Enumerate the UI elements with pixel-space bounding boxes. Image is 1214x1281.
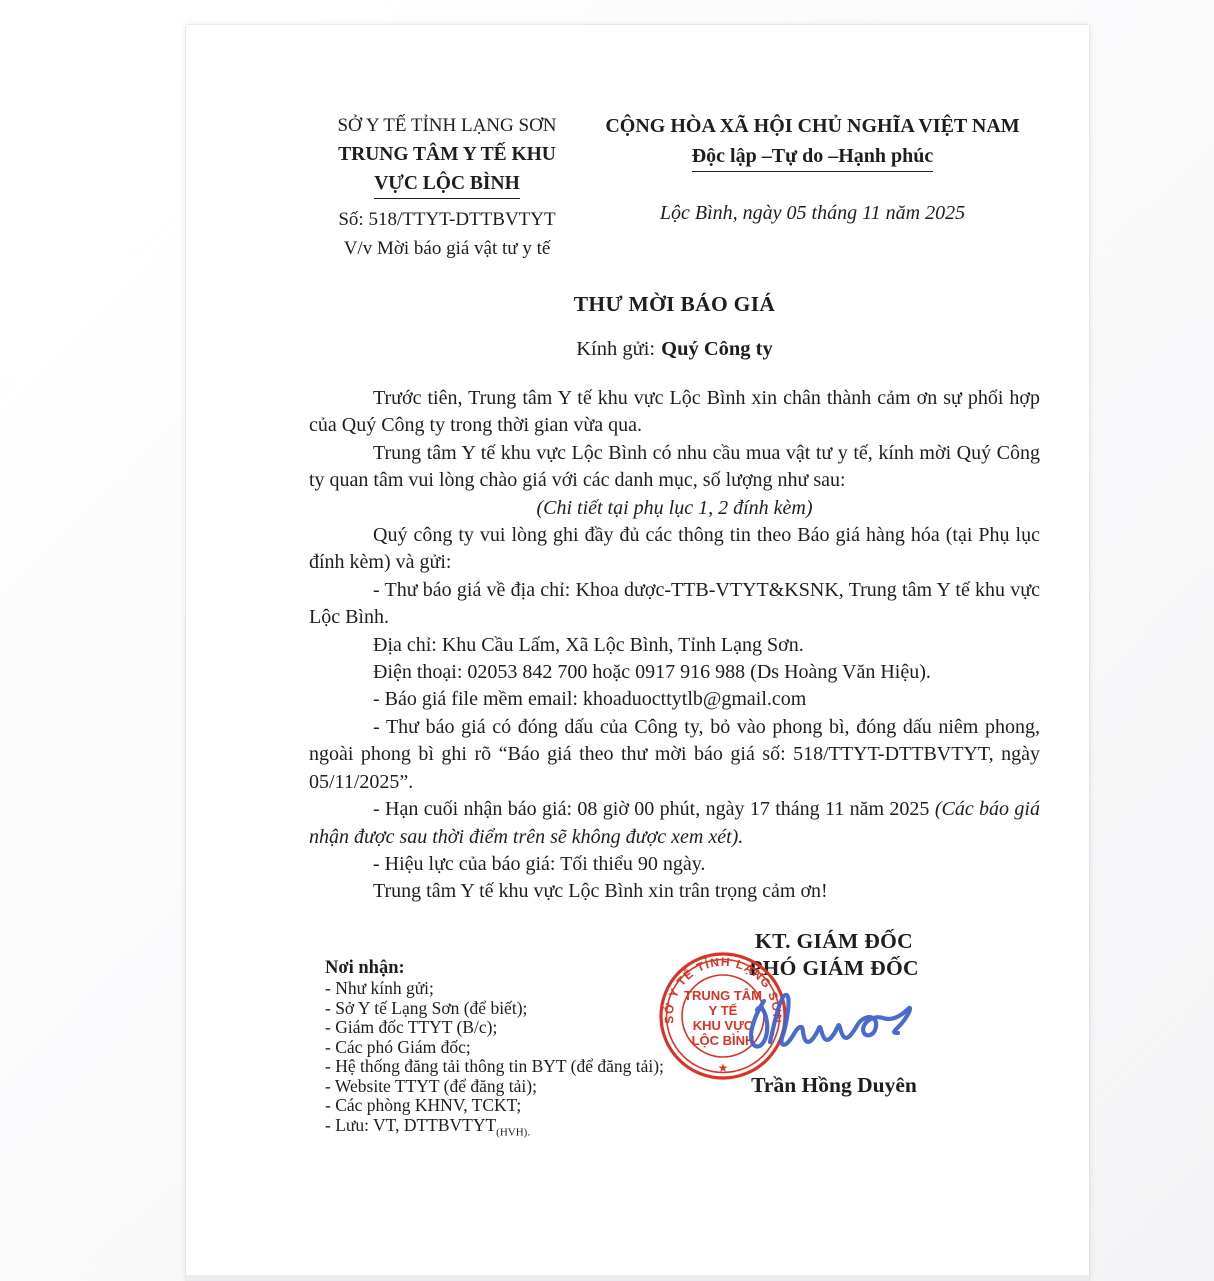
- document-title: THƯ MỜI BÁO GIÁ: [309, 289, 1040, 319]
- recipient-item: - Giám đốc TTYT (B/c);: [325, 1018, 685, 1038]
- issuer-org-line1: TRUNG TÂM Y TẾ KHU: [309, 140, 585, 169]
- handwritten-signature: [734, 985, 914, 1073]
- paragraph-email: - Báo giá file mềm email: khoaduocttytlb…: [309, 686, 1040, 713]
- document-header: SỞ Y TẾ TỈNH LẠNG SƠN TRUNG TÂM Y TẾ KHU…: [309, 111, 1040, 263]
- document-page: SỞ Y TẾ TỈNH LẠNG SƠN TRUNG TÂM Y TẾ KHU…: [186, 25, 1089, 1281]
- recipient-item: - Các phó Giám đốc;: [325, 1038, 685, 1058]
- salutation-label: Kính gửi:: [576, 338, 655, 360]
- scanned-document-viewer: { "document": { "header": { "issuer": { …: [0, 0, 1214, 1281]
- paragraph-address: Địa chỉ: Khu Cầu Lấm, Xã Lộc Bình, Tỉnh …: [309, 632, 1040, 659]
- salutation: Kính gửi:Quý Công ty: [309, 335, 1040, 363]
- national-block: CỘNG HÒA XÃ HỘI CHỦ NGHĨA VIỆT NAM Độc l…: [585, 111, 1040, 263]
- document-number: Số: 518/TTYT-DTTBVTYT: [309, 205, 585, 234]
- recipient-item: - Các phòng KHNV, TCKT;: [325, 1096, 685, 1116]
- paragraph-deadline: - Hạn cuối nhận báo giá: 08 giờ 00 phút,…: [309, 796, 1040, 851]
- recipients-block: Nơi nhận: - Như kính gửi; - Sở Y tế Lạng…: [325, 957, 685, 1143]
- paragraph-validity: - Hiệu lực của báo giá: Tối thiểu 90 ngà…: [309, 851, 1040, 878]
- document-subject: V/v Mời báo giá vật tư y tế: [309, 234, 585, 263]
- document-content: SỞ Y TẾ TỈNH LẠNG SƠN TRUNG TÂM Y TẾ KHU…: [309, 25, 1040, 906]
- national-motto-line1: CỘNG HÒA XÃ HỘI CHỦ NGHĨA VIỆT NAM: [585, 111, 1040, 141]
- issuer-block: SỞ Y TẾ TỈNH LẠNG SƠN TRUNG TÂM Y TẾ KHU…: [309, 111, 585, 263]
- deadline-main: - Hạn cuối nhận báo giá: 08 giờ 00 phút,…: [373, 798, 935, 820]
- place-date: Lộc Bình, ngày 05 tháng 11 năm 2025: [585, 198, 1040, 228]
- issuer-parent-org: SỞ Y TẾ TỈNH LẠNG SƠN: [309, 111, 585, 140]
- recipient-item: - Như kính gửi;: [325, 979, 685, 999]
- salutation-recipient: Quý Công ty: [661, 338, 773, 360]
- letter-body: Trước tiên, Trung tâm Y tế khu vực Lộc B…: [309, 385, 1040, 906]
- recipient-luu-sub: (HVH).: [496, 1126, 530, 1138]
- paragraph-demand: Trung tâm Y tế khu vực Lộc Bình có nhu c…: [309, 440, 1040, 495]
- recipient-item: - Sở Y tế Lạng Sơn (để biết);: [325, 999, 685, 1019]
- recipient-item: - Website TTYT (để đăng tải);: [325, 1077, 685, 1097]
- issuer-org-line2: VỰC LỘC BÌNH: [309, 169, 585, 199]
- recipient-item-luu: - Lưu: VT, DTTBVTYT(HVH).: [325, 1116, 685, 1143]
- paragraph-closing: Trung tâm Y tế khu vực Lộc Bình xin trân…: [309, 878, 1040, 905]
- paragraph-thanks: Trước tiên, Trung tâm Y tế khu vực Lộc B…: [309, 385, 1040, 440]
- national-motto-line2: Độc lập –Tự do –Hạnh phúc: [585, 141, 1040, 172]
- paragraph-sealed: - Thư báo giá có đóng dấu của Công ty, b…: [309, 714, 1040, 796]
- stamp-star-icon: ★: [718, 1061, 729, 1075]
- paragraph-address-quote: - Thư báo giá về địa chỉ: Khoa dược-TTB-…: [309, 577, 1040, 632]
- paragraph-instruction: Quý công ty vui lòng ghi đầy đủ các thôn…: [309, 522, 1040, 577]
- paragraph-appendix-note: (Chi tiết tại phụ lục 1, 2 đính kèm): [309, 495, 1040, 522]
- paragraph-phone: Điện thoại: 02053 842 700 hoặc 0917 916 …: [309, 659, 1040, 686]
- scan-bottom-edge: [186, 1275, 1089, 1281]
- recipient-item: - Hệ thống đăng tải thông tin BYT (để đă…: [325, 1057, 685, 1077]
- recipients-label: Nơi nhận:: [325, 957, 685, 979]
- recipient-luu-main: - Lưu: VT, DTTBVTYT: [325, 1115, 496, 1135]
